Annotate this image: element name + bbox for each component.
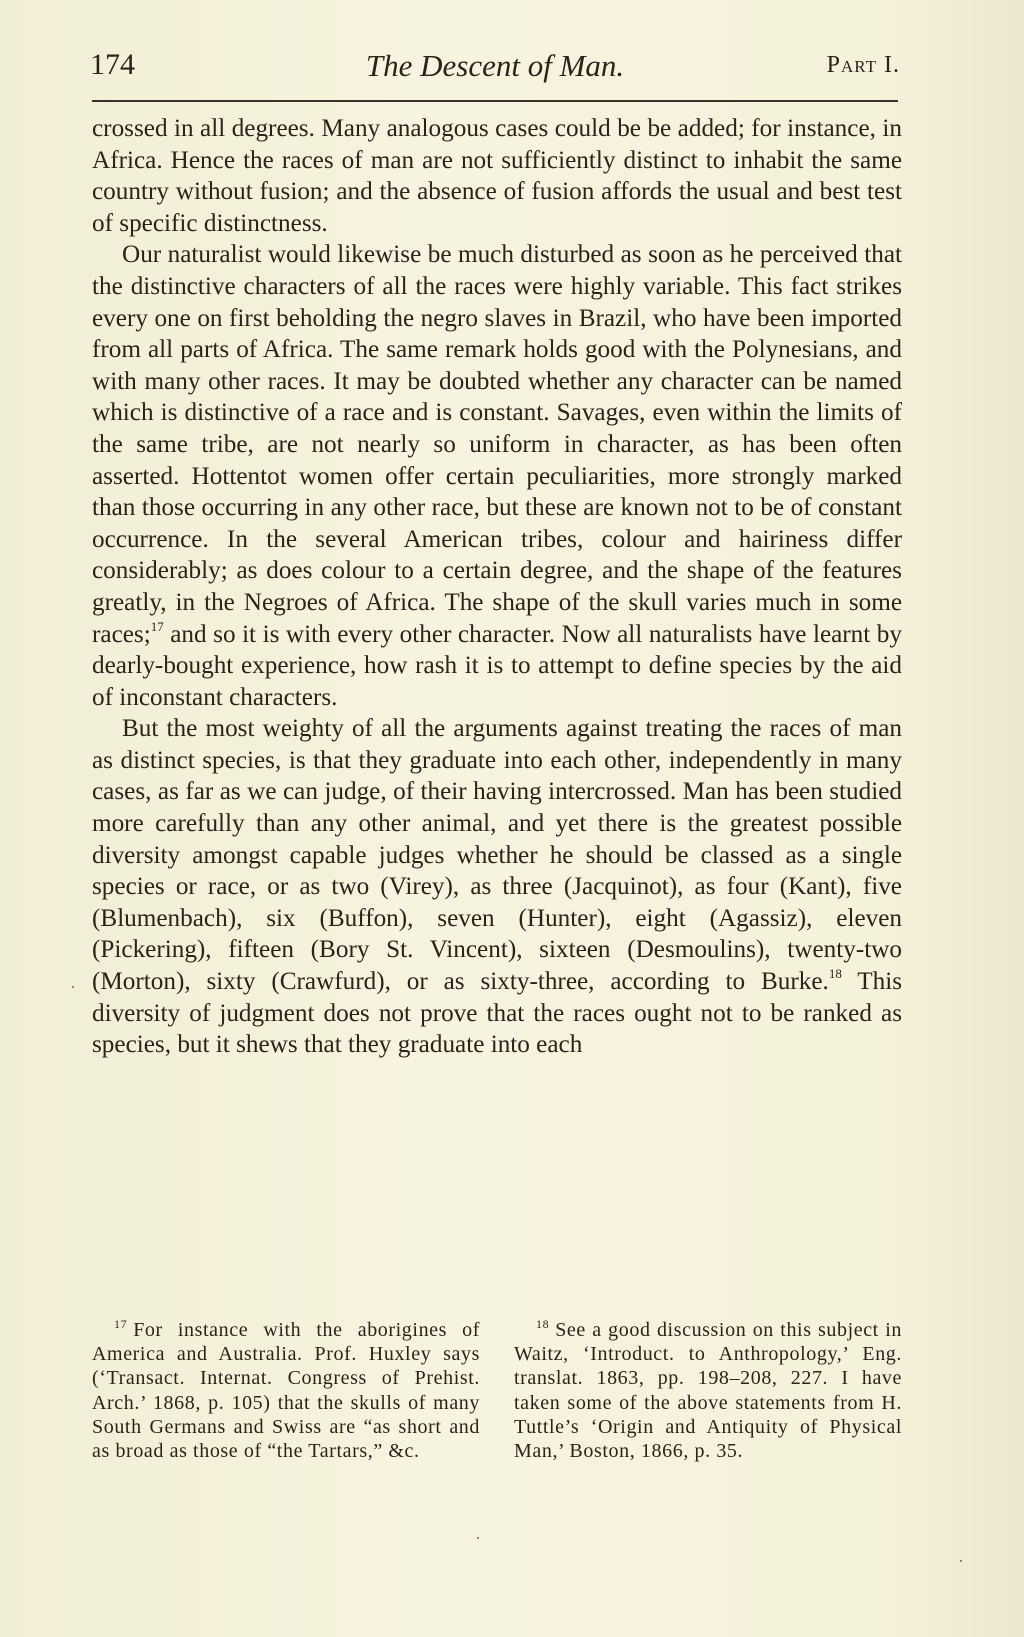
paper-speck [477, 1537, 479, 1539]
footnotes: 17For instance with the aborigines of Am… [92, 1318, 902, 1463]
footnote-ref-17[interactable]: 17 [151, 619, 164, 634]
page-header: 174 The Descent of Man. Part I. [90, 48, 900, 88]
paragraph-2: Our naturalist would likewise be much di… [92, 239, 902, 713]
paragraph-text: Our naturalist would likewise be much di… [92, 241, 902, 647]
footnote-number: 17 [114, 1317, 127, 1331]
book-page: 174 The Descent of Man. Part I. crossed … [0, 0, 1024, 1637]
paragraph-text: and so it is with every other character.… [92, 621, 902, 711]
header-rule [92, 100, 898, 102]
paper-speck [72, 986, 74, 988]
paragraph-1: crossed in all degrees. Many analogous c… [92, 113, 902, 239]
footnote-text: See a good discussion on this subject in… [514, 1319, 902, 1462]
footnote-number: 18 [536, 1317, 549, 1331]
footnote-text: For instance with the aborigines of Amer… [92, 1319, 480, 1462]
footnote-ref-18[interactable]: 18 [829, 966, 842, 981]
paper-speck [960, 1560, 962, 1562]
paragraph-text: But the most weighty of all the argument… [92, 715, 902, 995]
running-title: The Descent of Man. [90, 48, 900, 84]
paragraph-text: crossed in all degrees. Many analogous c… [92, 115, 902, 237]
part-label: Part I. [827, 52, 900, 79]
footnote-17: 17For instance with the aborigines of Am… [92, 1318, 480, 1463]
footnote-18: 18See a good discussion on this subject … [514, 1318, 902, 1463]
paragraph-3: But the most weighty of all the argument… [92, 713, 902, 1061]
main-text: crossed in all degrees. Many analogous c… [92, 113, 902, 1061]
